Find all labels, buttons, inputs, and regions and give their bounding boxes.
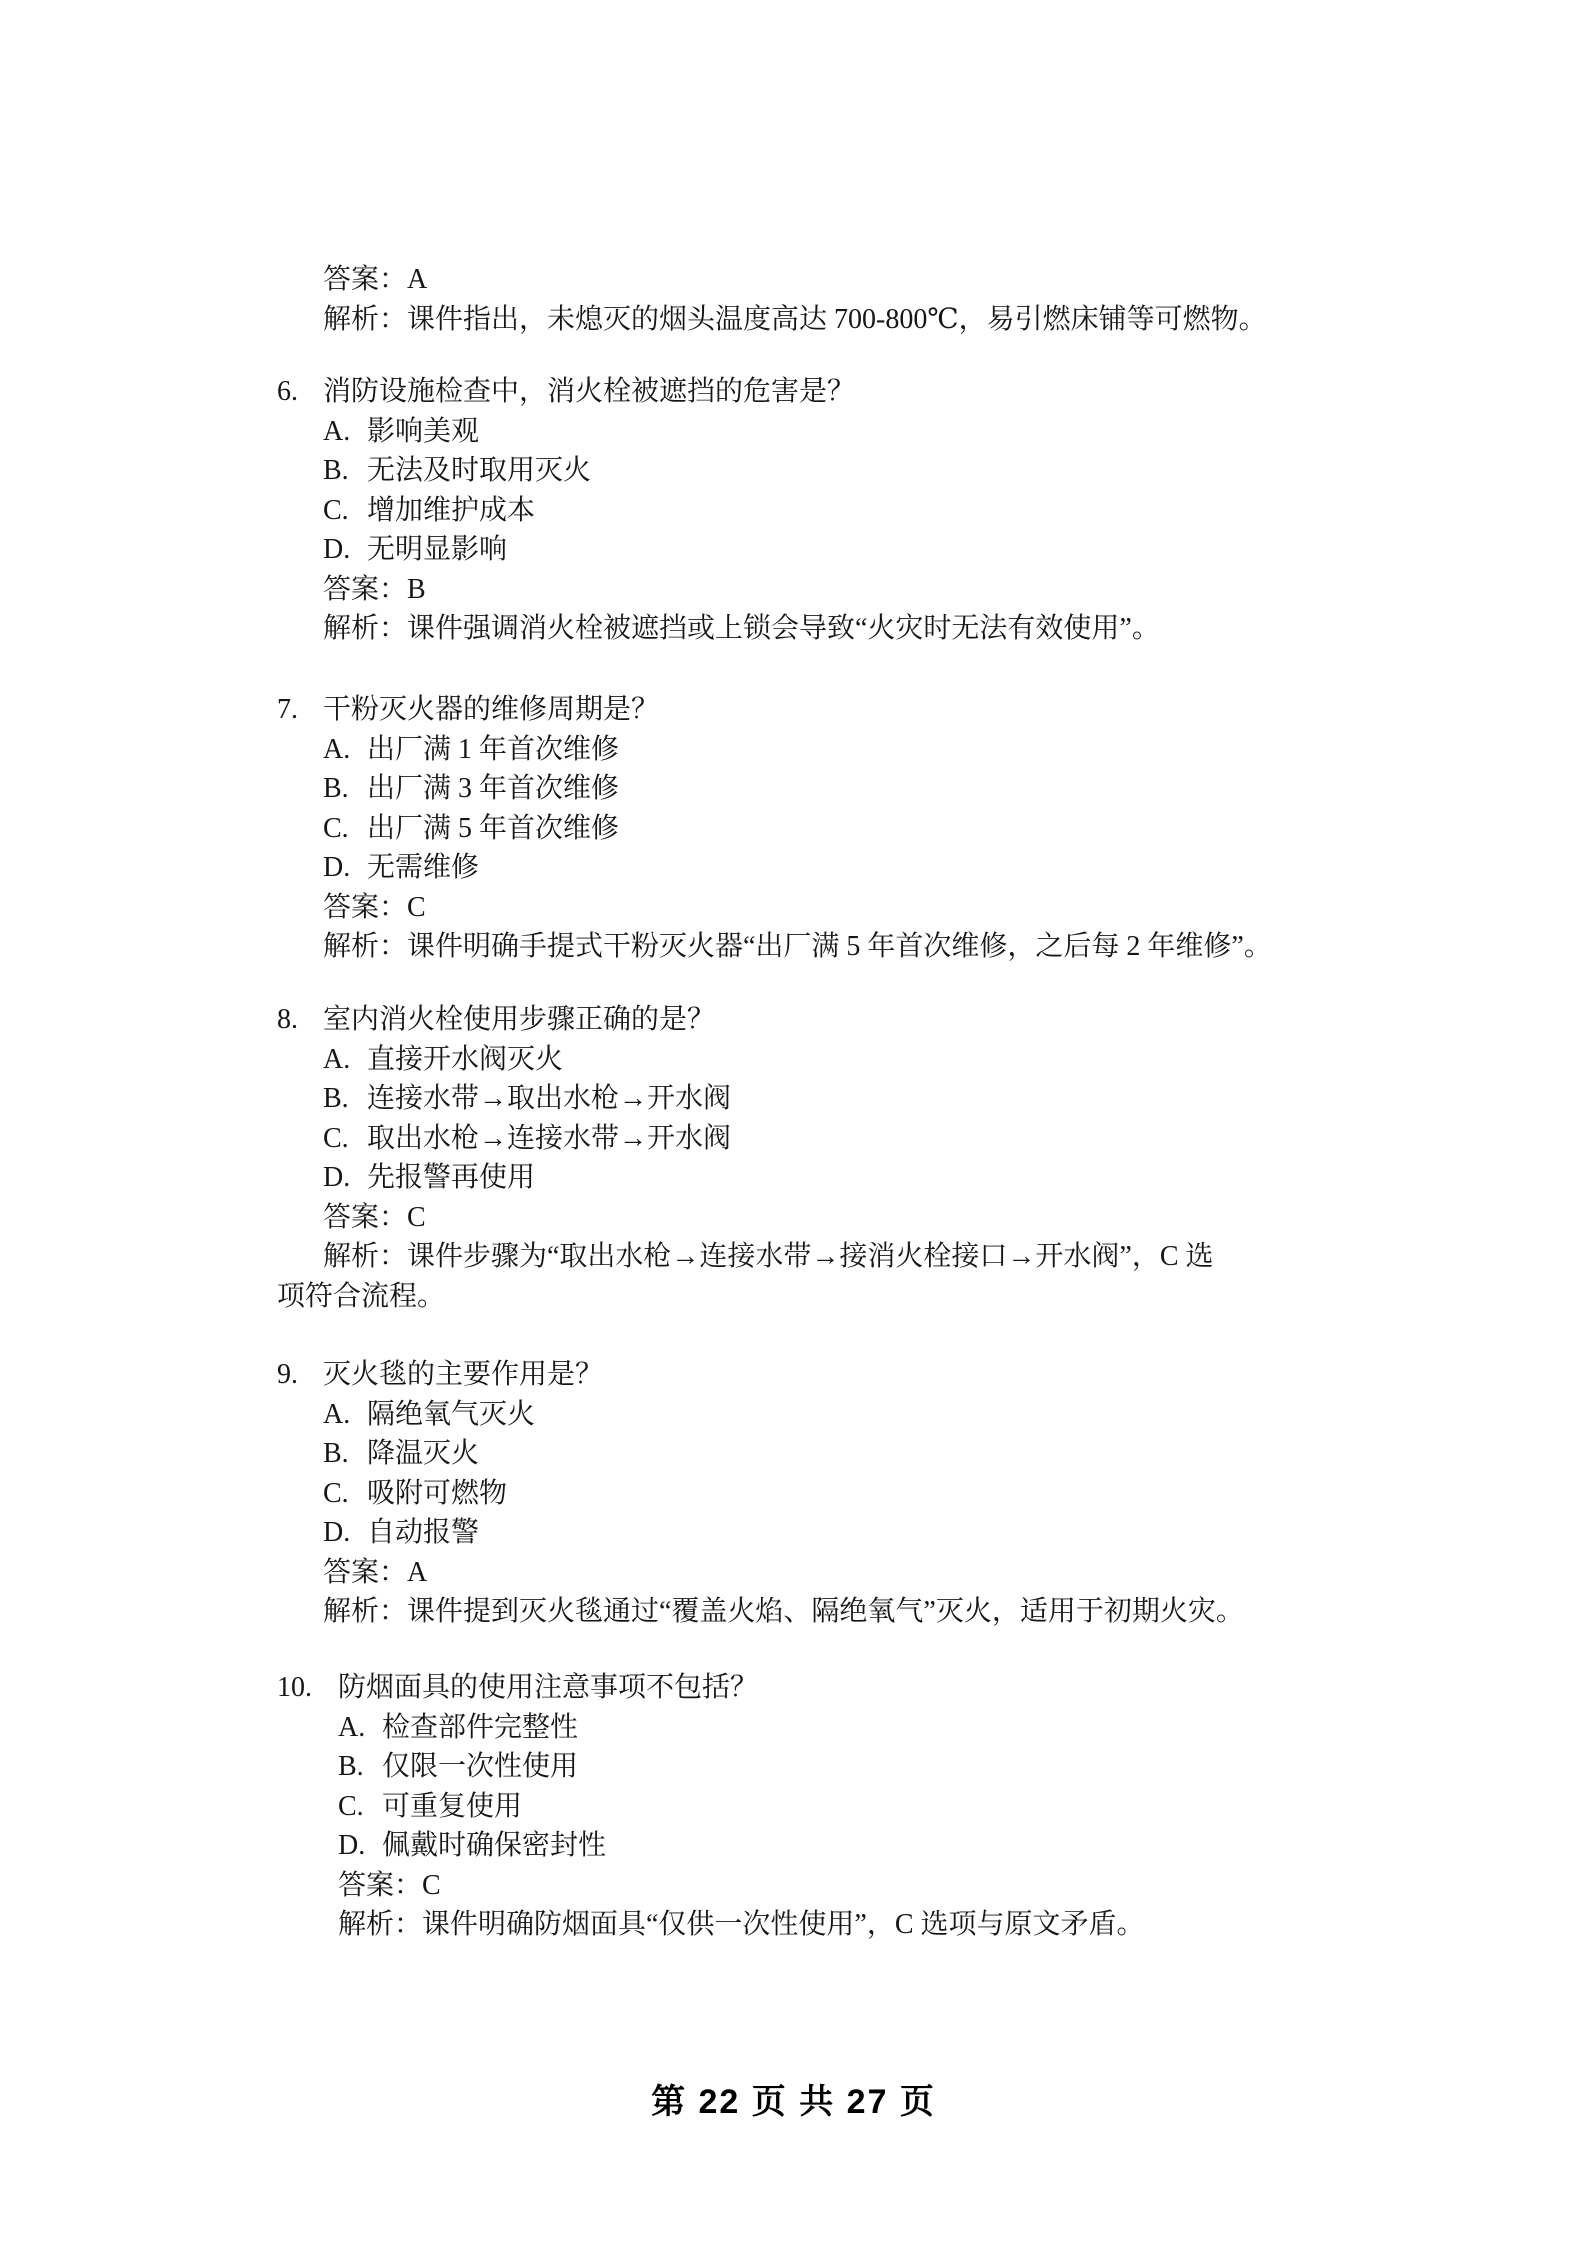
option-line: C.出厂满 5 年首次维修 [323, 809, 1272, 849]
option-letter: A. [323, 1040, 367, 1080]
option-letter: B. [323, 451, 367, 491]
option-line: A.出厂满 1 年首次维修 [323, 730, 1272, 770]
option-line: C.增加维护成本 [323, 491, 1160, 531]
page-footer: 第 22 页 共 27 页 [0, 2082, 1587, 2122]
question-number: 7. [277, 690, 323, 730]
answer-line: 答案：A [323, 260, 1267, 300]
carryover-answer-block: 答案：A 解析：课件指出，未熄灭的烟头温度高达 700-800℃，易引燃床铺等可… [323, 260, 1267, 339]
option-line: B.无法及时取用灭火 [323, 451, 1160, 491]
option-letter: A. [323, 730, 367, 770]
option-text: 吸附可燃物 [367, 1478, 507, 1509]
question-section-10: 10.防烟面具的使用注意事项不包括？ A.检查部件完整性 B.仅限一次性使用 C… [277, 1668, 1145, 1945]
answer-line: 答案：C [323, 1198, 1214, 1238]
option-letter: D. [323, 530, 367, 570]
option-text: 先报警再使用 [367, 1162, 535, 1193]
option-letter: B. [323, 769, 367, 809]
option-letter: C. [338, 1787, 382, 1827]
option-text: 出厂满 1 年首次维修 [367, 734, 619, 765]
option-line: D.自动报警 [323, 1513, 1244, 1553]
option-letter: B. [323, 1079, 367, 1119]
question-section-8: 8.室内消火栓使用步骤正确的是？ A.直接开水阀灭火 B.连接水带→取出水枪→开… [277, 1000, 1214, 1316]
answer-line: 答案：C [338, 1866, 1145, 1906]
option-line: A.隔绝氧气灭火 [323, 1395, 1244, 1435]
question-text: 灭火毯的主要作用是？ [323, 1359, 603, 1390]
option-letter: D. [323, 1158, 367, 1198]
answer-line: 答案：A [323, 1553, 1244, 1593]
option-text: 出厂满 5 年首次维修 [367, 813, 619, 844]
option-letter: A. [338, 1708, 382, 1748]
analysis-line: 解析：课件明确防烟面具“仅供一次性使用”，C 选项与原文矛盾。 [338, 1905, 1145, 1945]
option-line: B.仅限一次性使用 [338, 1747, 1145, 1787]
option-text: 降温灭火 [367, 1438, 479, 1469]
answer-line: 答案：C [323, 888, 1272, 928]
option-text: 隔绝氧气灭火 [367, 1399, 535, 1430]
option-text: 佩戴时确保密封性 [382, 1830, 606, 1861]
analysis-line: 解析：课件明确手提式干粉灭火器“出厂满 5 年首次维修，之后每 2 年维修”。 [323, 927, 1272, 967]
option-line: D.佩戴时确保密封性 [338, 1826, 1145, 1866]
question-title: 10.防烟面具的使用注意事项不包括？ [277, 1668, 1145, 1708]
option-line: B.连接水带→取出水枪→开水阀 [323, 1079, 1214, 1119]
question-text: 室内消火栓使用步骤正确的是？ [323, 1004, 715, 1035]
analysis-line: 解析：课件提到灭火毯通过“覆盖火焰、隔绝氧气”灭火，适用于初期火灾。 [323, 1592, 1244, 1632]
option-text: 检查部件完整性 [382, 1712, 578, 1743]
option-line: C.取出水枪→连接水带→开水阀 [323, 1119, 1214, 1159]
question-number: 9. [277, 1355, 323, 1395]
question-section-6: 6.消防设施检查中，消火栓被遮挡的危害是？ A.影响美观 B.无法及时取用灭火 … [277, 372, 1160, 649]
option-line: D.无需维修 [323, 848, 1272, 888]
question-title: 8.室内消火栓使用步骤正确的是？ [277, 1000, 1214, 1040]
option-line: D.先报警再使用 [323, 1158, 1214, 1198]
question-title: 7.干粉灭火器的维修周期是？ [277, 690, 1272, 730]
analysis-line: 解析：课件指出，未熄灭的烟头温度高达 700-800℃，易引燃床铺等可燃物。 [323, 300, 1267, 340]
option-letter: B. [338, 1747, 382, 1787]
option-line: C.吸附可燃物 [323, 1474, 1244, 1514]
question-section-7: 7.干粉灭火器的维修周期是？ A.出厂满 1 年首次维修 B.出厂满 3 年首次… [277, 690, 1272, 967]
analysis-line: 解析：课件强调消火栓被遮挡或上锁会导致“火灾时无法有效使用”。 [323, 609, 1160, 649]
option-text: 可重复使用 [382, 1791, 522, 1822]
question-section-9: 9.灭火毯的主要作用是？ A.隔绝氧气灭火 B.降温灭火 C.吸附可燃物 D.自… [277, 1355, 1244, 1632]
option-letter: D. [323, 848, 367, 888]
answer-line: 答案：B [323, 570, 1160, 610]
analysis-line: 解析：课件步骤为“取出水枪→连接水带→接消火栓接口→开水阀”，C 选 [323, 1237, 1214, 1277]
option-text: 出厂满 3 年首次维修 [367, 773, 619, 804]
option-line: A.影响美观 [323, 412, 1160, 452]
option-line: B.出厂满 3 年首次维修 [323, 769, 1272, 809]
option-text: 影响美观 [367, 416, 479, 447]
option-text: 连接水带→取出水枪→开水阀 [367, 1083, 731, 1114]
option-letter: C. [323, 1119, 367, 1159]
option-text: 取出水枪→连接水带→开水阀 [367, 1123, 731, 1154]
option-letter: C. [323, 809, 367, 849]
option-letter: D. [338, 1826, 382, 1866]
option-text: 直接开水阀灭火 [367, 1044, 563, 1075]
option-letter: A. [323, 412, 367, 452]
option-text: 自动报警 [367, 1517, 479, 1548]
question-text: 防烟面具的使用注意事项不包括？ [338, 1672, 758, 1703]
option-text: 无需维修 [367, 852, 479, 883]
question-number: 10. [277, 1668, 338, 1708]
option-line: C.可重复使用 [338, 1787, 1145, 1827]
option-line: A.直接开水阀灭火 [323, 1040, 1214, 1080]
question-number: 8. [277, 1000, 323, 1040]
option-text: 无法及时取用灭火 [367, 455, 591, 486]
option-letter: D. [323, 1513, 367, 1553]
question-text: 消防设施检查中，消火栓被遮挡的危害是？ [323, 376, 855, 407]
question-text: 干粉灭火器的维修周期是？ [323, 694, 659, 725]
option-letter: B. [323, 1434, 367, 1474]
option-text: 仅限一次性使用 [382, 1751, 578, 1782]
analysis-line-continued: 项符合流程。 [277, 1277, 1214, 1317]
option-letter: C. [323, 491, 367, 531]
option-letter: C. [323, 1474, 367, 1514]
option-line: D.无明显影响 [323, 530, 1160, 570]
option-letter: A. [323, 1395, 367, 1435]
question-title: 9.灭火毯的主要作用是？ [277, 1355, 1244, 1395]
option-text: 增加维护成本 [367, 495, 535, 526]
question-title: 6.消防设施检查中，消火栓被遮挡的危害是？ [277, 372, 1160, 412]
question-number: 6. [277, 372, 323, 412]
document-page: 答案：A 解析：课件指出，未熄灭的烟头温度高达 700-800℃，易引燃床铺等可… [0, 0, 1587, 2245]
option-text: 无明显影响 [367, 534, 507, 565]
option-line: A.检查部件完整性 [338, 1708, 1145, 1748]
option-line: B.降温灭火 [323, 1434, 1244, 1474]
